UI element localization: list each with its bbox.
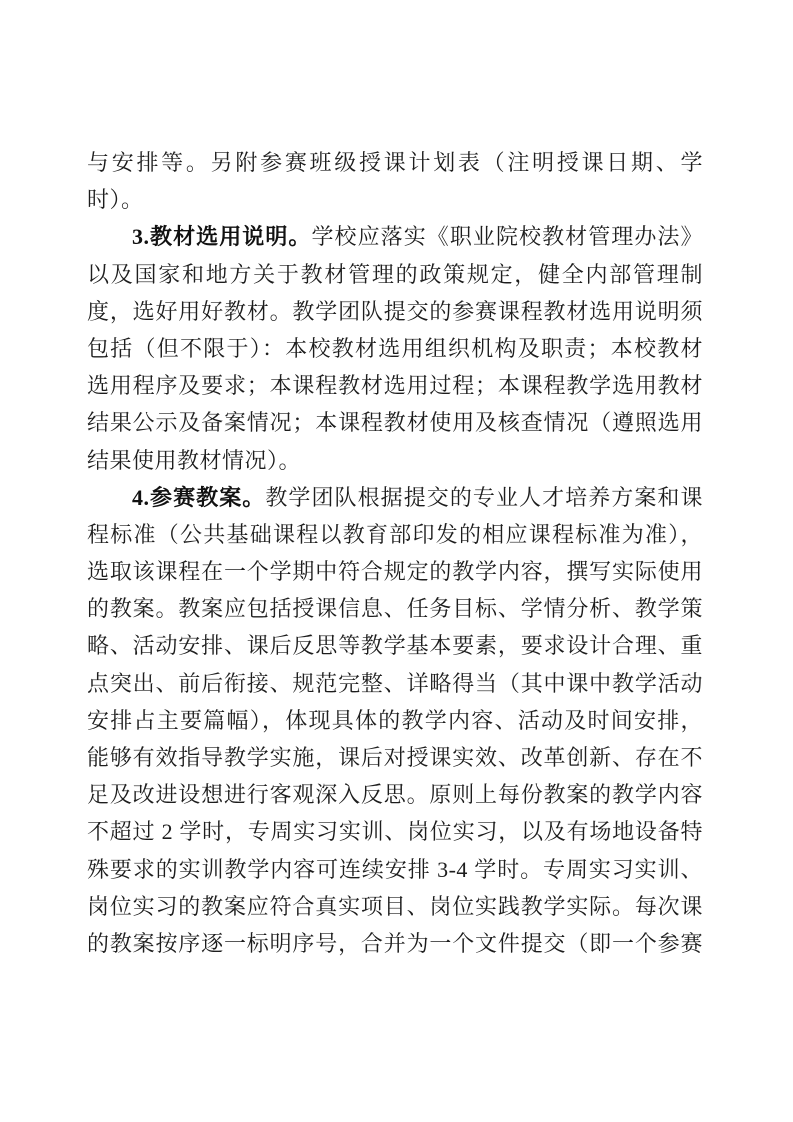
line-text: 学校应落实《职业院校教材管理办法》 — [312, 224, 703, 249]
document-page: 与安排等。另附参赛班级授课计划表（注明授课日期、学时）。3.教材选用说明。学校应… — [0, 0, 793, 1122]
text-line: 3.教材选用说明。学校应落实《职业院校教材管理办法》 — [87, 218, 703, 255]
text-line: 点突出、前后衔接、规范完整、详略得当（其中课中教学活动 — [87, 665, 703, 702]
text-line: 度，选好用好教材。教学团队提交的参赛课程教材选用说明须 — [87, 293, 703, 330]
text-line: 殊要求的实训教学内容可连续安排 3-4 学时。专周实习实训、 — [87, 851, 703, 888]
section-heading: 4.参赛教案。 — [132, 485, 265, 510]
text-line: 结果使用教材情况）。 — [87, 442, 703, 479]
text-line: 程标准（公共基础课程以教育部印发的相应课程标准为准）， — [87, 516, 703, 553]
text-line: 安排占主要篇幅），体现具体的教学内容、活动及时间安排， — [87, 702, 703, 739]
text-line: 4.参赛教案。教学团队根据提交的专业人才培养方案和课 — [87, 479, 703, 516]
text-line: 结果公示及备案情况；本课程教材使用及核查情况（遵照选用 — [87, 404, 703, 441]
text-line: 岗位实习的教案应符合真实项目、岗位实践教学实际。每次课 — [87, 888, 703, 925]
line-text: 教学团队根据提交的专业人才培养方案和课 — [265, 485, 703, 510]
text-line: 足及改进设想进行客观深入反思。原则上每份教案的教学内容 — [87, 776, 703, 813]
text-line: 选用程序及要求；本课程教材选用过程；本课程教学选用教材 — [87, 367, 703, 404]
text-line: 选取该课程在一个学期中符合规定的教学内容，撰写实际使用 — [87, 553, 703, 590]
document-body: 与安排等。另附参赛班级授课计划表（注明授课日期、学时）。3.教材选用说明。学校应… — [87, 144, 703, 962]
text-line: 略、活动安排、课后反思等教学基本要素，要求设计合理、重 — [87, 627, 703, 664]
text-line: 能够有效指导教学实施，课后对授课实效、改革创新、存在不 — [87, 739, 703, 776]
text-line: 不超过 2 学时，专周实习实训、岗位实习，以及有场地设备特 — [87, 813, 703, 850]
section-heading: 3.教材选用说明。 — [132, 224, 312, 249]
text-line: 的教案。教案应包括授课信息、任务目标、学情分析、教学策 — [87, 590, 703, 627]
text-line: 与安排等。另附参赛班级授课计划表（注明授课日期、学 — [87, 144, 703, 181]
text-line: 时）。 — [87, 181, 703, 218]
text-line: 以及国家和地方关于教材管理的政策规定，健全内部管理制 — [87, 256, 703, 293]
text-line: 包括（但不限于）：本校教材选用组织机构及职责；本校教材 — [87, 330, 703, 367]
text-line: 的教案按序逐一标明序号，合并为一个文件提交（即一个参赛 — [87, 925, 703, 962]
